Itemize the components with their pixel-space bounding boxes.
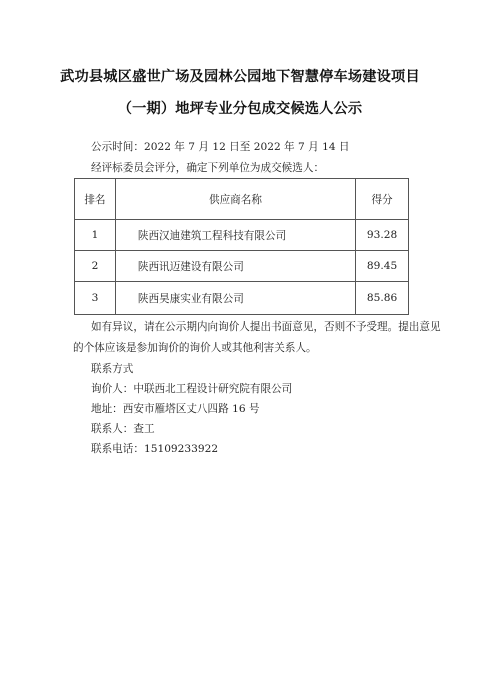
supplier-name-cell: 陕西讯迈建设有限公司 — [115, 251, 355, 282]
contact-heading: 联系方式 — [91, 361, 133, 376]
table-row: 3 陕西昊康实业有限公司 85.86 — [75, 282, 409, 315]
objection-text-line-1: 如有异议，请在公示期内向询价人提出书面意见，否则不予受理。提出意见 — [91, 319, 441, 334]
contact-phone: 联系电话：15109233922 — [91, 441, 218, 456]
contact-inquirer: 询价人：中联西北工程设计研究院有限公司 — [91, 381, 292, 396]
rank-cell: 2 — [75, 251, 116, 282]
table-header-row: 排名 供应商名称 得分 — [75, 179, 409, 220]
document-title-line-1: 武功县城区盛世广场及园林公园地下智慧停车场建设项目 — [0, 66, 480, 86]
contact-address: 地址：西安市雁塔区丈八四路 16 号 — [91, 401, 260, 416]
objection-text-line-2: 的个体应该是参加询价的询价人或其他利害关系人。 — [73, 340, 317, 355]
score-cell: 93.28 — [356, 220, 409, 251]
score-cell: 89.45 — [356, 251, 409, 282]
header-score: 得分 — [356, 179, 409, 220]
candidates-table: 排名 供应商名称 得分 1 陕西汉迪建筑工程科技有限公司 93.28 2 陕西讯… — [74, 178, 409, 315]
contact-person: 联系人：查工 — [91, 421, 155, 436]
intro-text: 经评标委员会评分，确定下列单位为成交候选人： — [91, 160, 324, 175]
supplier-name-cell: 陕西昊康实业有限公司 — [115, 282, 355, 315]
header-supplier-name: 供应商名称 — [115, 179, 355, 220]
table-row: 1 陕西汉迪建筑工程科技有限公司 93.28 — [75, 220, 409, 251]
rank-cell: 3 — [75, 282, 116, 315]
rank-cell: 1 — [75, 220, 116, 251]
supplier-name-cell: 陕西汉迪建筑工程科技有限公司 — [115, 220, 355, 251]
publicity-period: 公示时间：2022 年 7 月 12 日至 2022 年 7 月 14 日 — [91, 139, 350, 154]
document-title-line-2: （一期）地坪专业分包成交候选人公示 — [0, 98, 480, 118]
header-rank: 排名 — [75, 179, 116, 220]
score-cell: 85.86 — [356, 282, 409, 315]
table-row: 2 陕西讯迈建设有限公司 89.45 — [75, 251, 409, 282]
